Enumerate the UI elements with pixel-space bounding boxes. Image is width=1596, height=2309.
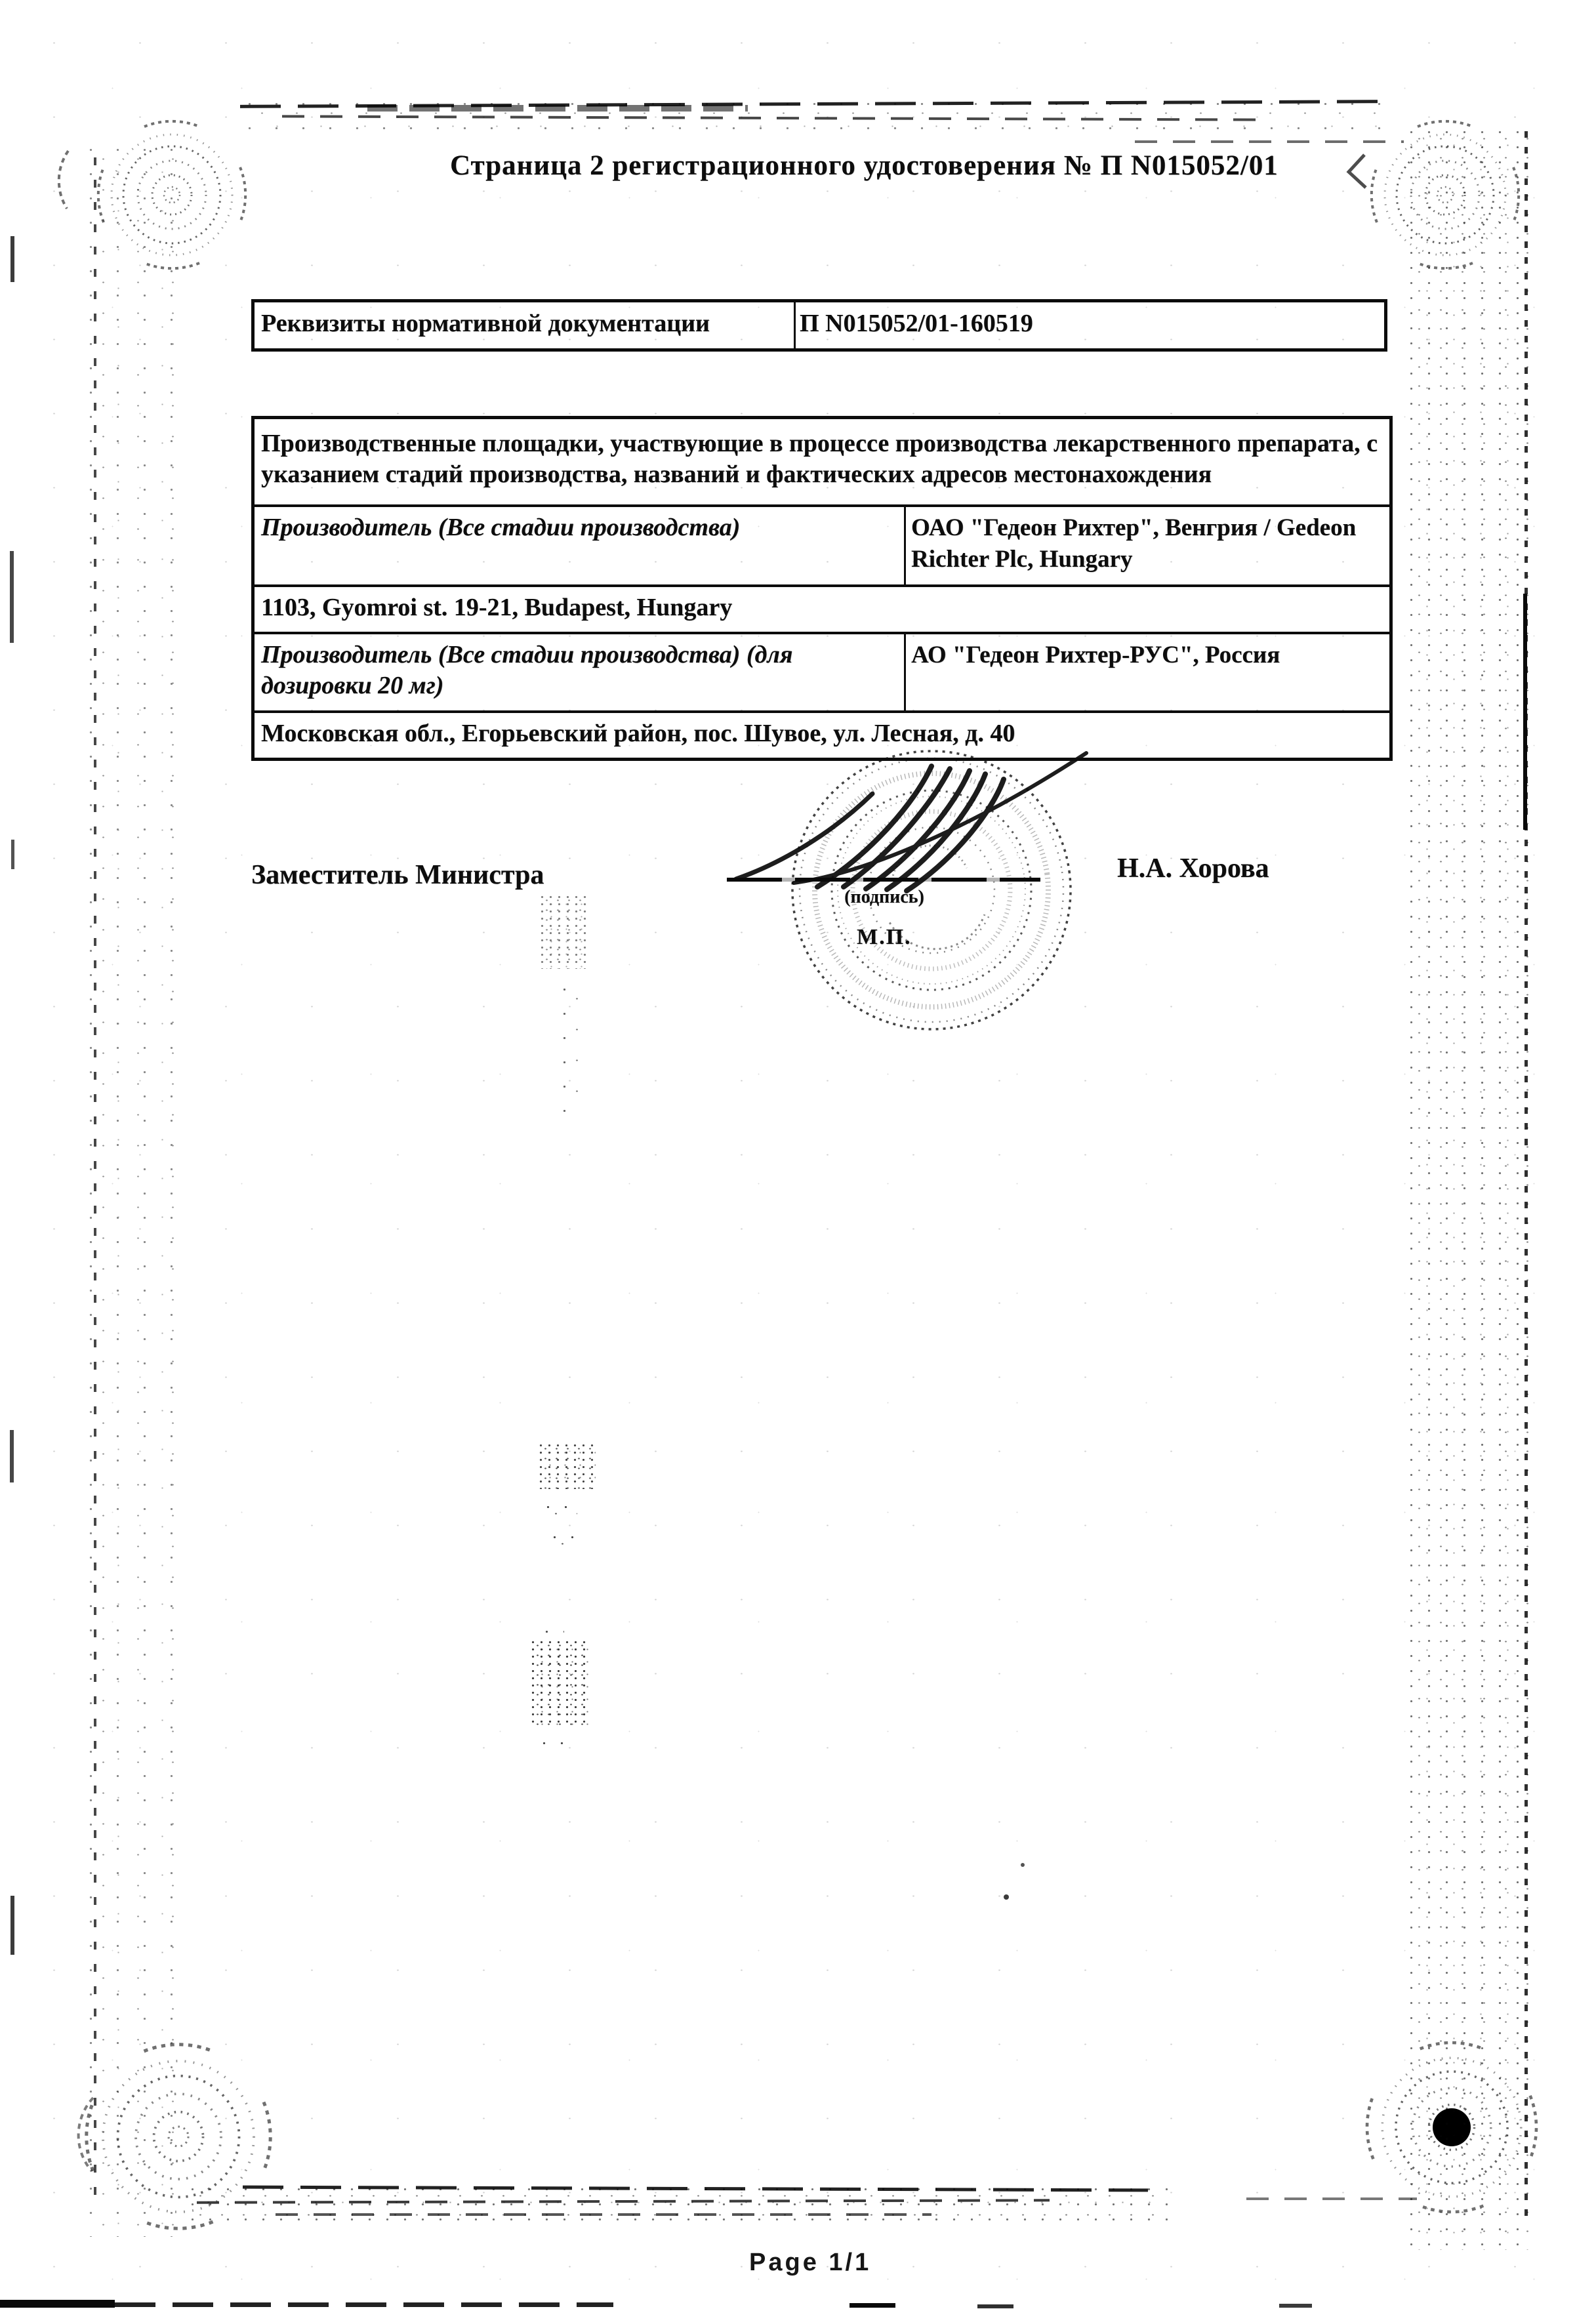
page-number-label: Page 1/1: [749, 2249, 871, 2277]
seal-place-caption: М.П.: [857, 925, 912, 950]
production-sites-table: Производственные площадки, участвующие в…: [251, 416, 1393, 761]
table-row: Производитель (Все стадии производства) …: [255, 634, 1389, 713]
manufacturer-dosage-label: Производитель (Все стадии производства) …: [255, 634, 906, 710]
corner-ornament-bottom-left: [79, 2045, 271, 2228]
manufacturer-label: Производитель (Все стадии производства): [255, 507, 906, 584]
signature-line: [727, 878, 1040, 882]
scanned-certificate-page: Страница 2 регистрационного удостоверени…: [0, 0, 1596, 2309]
manufacturer-dosage-address: Московская обл., Егорьевский район, пос.…: [255, 713, 1389, 758]
corner-ornament-top-left: [59, 121, 245, 268]
manufacturer-address: 1103, Gyomroi st. 19-21, Budapest, Hunga…: [255, 587, 1389, 634]
manufacturer-dosage-value: АО "Гедеон Рихтер-РУС", Россия: [906, 634, 1389, 710]
signature-scribble: [736, 753, 1086, 891]
signature-caption: (подпись): [825, 887, 943, 908]
production-sites-title: Производственные площадки, участвующие в…: [255, 419, 1389, 507]
corner-ornament-bottom-right: [1367, 2043, 1536, 2212]
normative-docs-table: Реквизиты нормативной документации П N01…: [251, 299, 1387, 352]
normative-docs-value: П N015052/01-160519: [796, 302, 1384, 348]
signatory-position-title: Заместитель Министра: [251, 859, 544, 891]
manufacturer-value: ОАО "Гедеон Рихтер", Венгрия / Gedeon Ri…: [906, 507, 1389, 584]
page-title: Страница 2 регистрационного удостоверени…: [450, 150, 1279, 182]
table-row: Производитель (Все стадии производства) …: [255, 507, 1389, 587]
signer-name: Н.А. Хорова: [1117, 853, 1269, 884]
corner-ornament-top-right: [1349, 121, 1519, 268]
normative-docs-label: Реквизиты нормативной документации: [255, 302, 796, 348]
